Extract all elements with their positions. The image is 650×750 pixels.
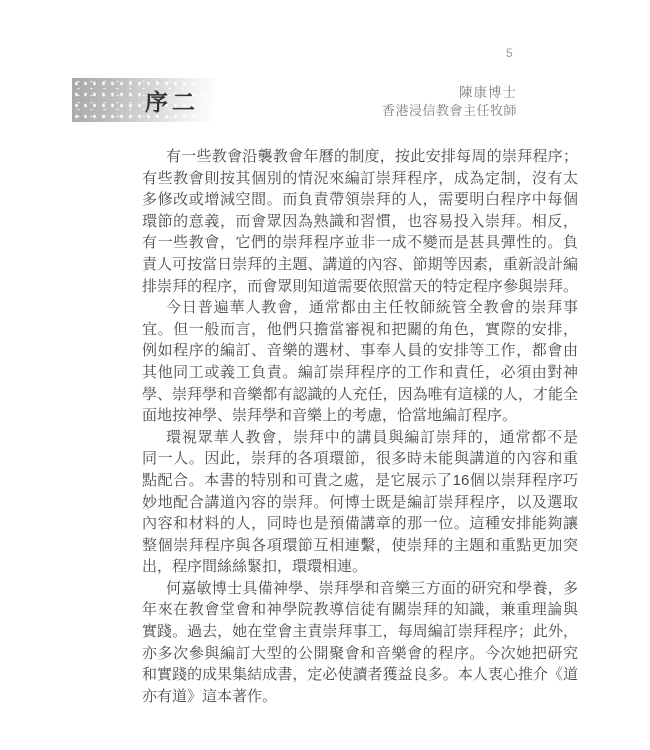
text-line: 今日普遍華人教會，通常都由主任牧師統管全教會的崇拜事 bbox=[142, 297, 578, 319]
text-line: 亦有道》這本著作。 bbox=[142, 686, 578, 708]
text-line: 排崇拜的程序，而會眾則知道需要依照當天的特定程序參與崇拜。 bbox=[142, 276, 578, 298]
text-line: 年來在教會堂會和神學院教導信徒有關崇拜的知識，兼重理論與 bbox=[142, 599, 578, 621]
author-name: 陳康博士 bbox=[382, 84, 517, 102]
preface-text: 有一些教會沿襲教會年曆的制度，按此安排每周的崇拜程序；有些教會則按其個別的情況來… bbox=[142, 146, 578, 707]
text-line: 有一些教會，它們的崇拜程序並非一成不變而是甚具彈性的。負 bbox=[142, 232, 578, 254]
text-line: 多修改或增減空間。而負責帶領崇拜的人，需要明白程序中每個 bbox=[142, 189, 578, 211]
text-line: 有一些教會沿襲教會年曆的制度，按此安排每周的崇拜程序； bbox=[142, 146, 578, 168]
author-block: 陳康博士 香港浸信教會主任牧師 bbox=[382, 84, 517, 120]
text-line: 妙地配合講道內容的崇拜。何博士既是編訂崇拜程序，以及選取 bbox=[142, 492, 578, 514]
text-line: 何嘉敏博士具備神學、崇拜學和音樂三方面的研究和學養，多 bbox=[142, 578, 578, 600]
book-page: 5 序二 陳康博士 香港浸信教會主任牧師 有一些教會沿襲教會年曆的制度，按此安排… bbox=[0, 0, 650, 750]
text-line: 宜。但一般而言，他們只擔當審視和把關的角色，實際的安排， bbox=[142, 319, 578, 341]
text-line: 亦多次參與編訂大型的公開聚會和音樂會的程序。今次她把研究 bbox=[142, 643, 578, 665]
text-line: 其他同工或義工負責。編訂崇拜程序的工作和責任，必須由對神 bbox=[142, 362, 578, 384]
text-line: 環視眾華人教會，崇拜中的講員與編訂崇拜的，通常都不是 bbox=[142, 427, 578, 449]
section-title-box: 序二 bbox=[72, 78, 215, 122]
text-line: 出，程序間絲絲緊扣，環環相連。 bbox=[142, 556, 578, 578]
text-line: 點配合。本書的特別和可貴之處，是它展示了16個以崇拜程序巧 bbox=[142, 470, 578, 492]
text-line: 內容和材料的人，同時也是預備講章的那一位。這種安排能夠讓 bbox=[142, 513, 578, 535]
text-line: 同一人。因此，崇拜的各項環節，很多時未能與講道的內容和重 bbox=[142, 448, 578, 470]
page-number: 5 bbox=[506, 46, 514, 60]
text-line: 學、崇拜學和音樂都有認識的人充任，因為唯有這樣的人，才能全 bbox=[142, 384, 578, 406]
text-line: 例如程序的編訂、音樂的選材、事奉人員的安排等工作，都會由 bbox=[142, 340, 578, 362]
text-line: 環節的意義，而會眾因為熟識和習慣，也容易投入崇拜。相反， bbox=[142, 211, 578, 233]
author-title: 香港浸信教會主任牧師 bbox=[382, 102, 517, 120]
text-line: 整個崇拜程序與各項環節互相連繫，使崇拜的主題和重點更加突 bbox=[142, 535, 578, 557]
text-line: 面地按神學、崇拜學和音樂上的考慮，恰當地編訂程序。 bbox=[142, 405, 578, 427]
text-line: 實踐。過去，她在堂會主責崇拜事工，每周編訂崇拜程序；此外， bbox=[142, 621, 578, 643]
text-line: 和實踐的成果集結成書，定必使讀者獲益良多。本人衷心推介《道 bbox=[142, 664, 578, 686]
text-line: 責人可按當日崇拜的主題、講道的內容、節期等因素，重新設計編 bbox=[142, 254, 578, 276]
text-line: 有些教會則按其個別的情況來編訂崇拜程序，成為定制，沒有太 bbox=[142, 168, 578, 190]
section-title: 序二 bbox=[145, 84, 199, 117]
